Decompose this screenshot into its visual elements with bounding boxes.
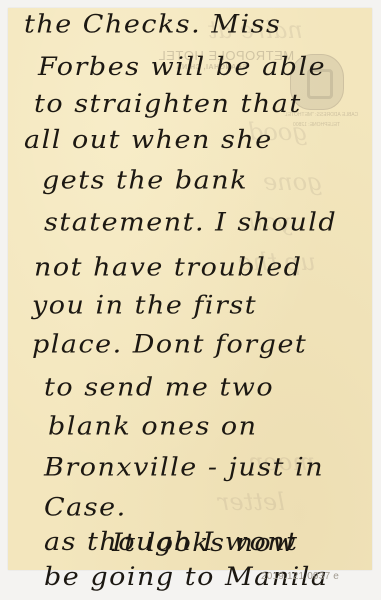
letter-line: Case. xyxy=(44,494,127,520)
accession-number: 2019.121.0937 e xyxy=(261,571,339,582)
letter-line: Bronxville - just in xyxy=(44,454,324,480)
reverse-bleedthrough: gone xyxy=(263,168,322,196)
letter-line: statement. I should xyxy=(44,209,337,235)
letter-page: METROPOLE HOTEL SHANGHAI, CHINA CABLE AD… xyxy=(8,8,372,570)
letter-line: not have troubled xyxy=(34,254,302,280)
letter-line: to straighten that xyxy=(34,91,302,117)
letter-line: all out when she xyxy=(24,127,273,153)
letter-line: blank ones on xyxy=(48,413,258,439)
letter-line: gets the bank xyxy=(42,167,248,193)
letter-line: you in the first xyxy=(32,292,257,318)
letter-line: as though I wont xyxy=(44,529,299,555)
letter-line: place. Dont forget xyxy=(32,331,307,357)
letter-line: Forbes will be able xyxy=(38,54,326,80)
letter-line: to send me two xyxy=(44,374,274,400)
letter-line: the Checks. Miss xyxy=(24,11,281,37)
reverse-bleedthrough: letter xyxy=(218,488,285,516)
